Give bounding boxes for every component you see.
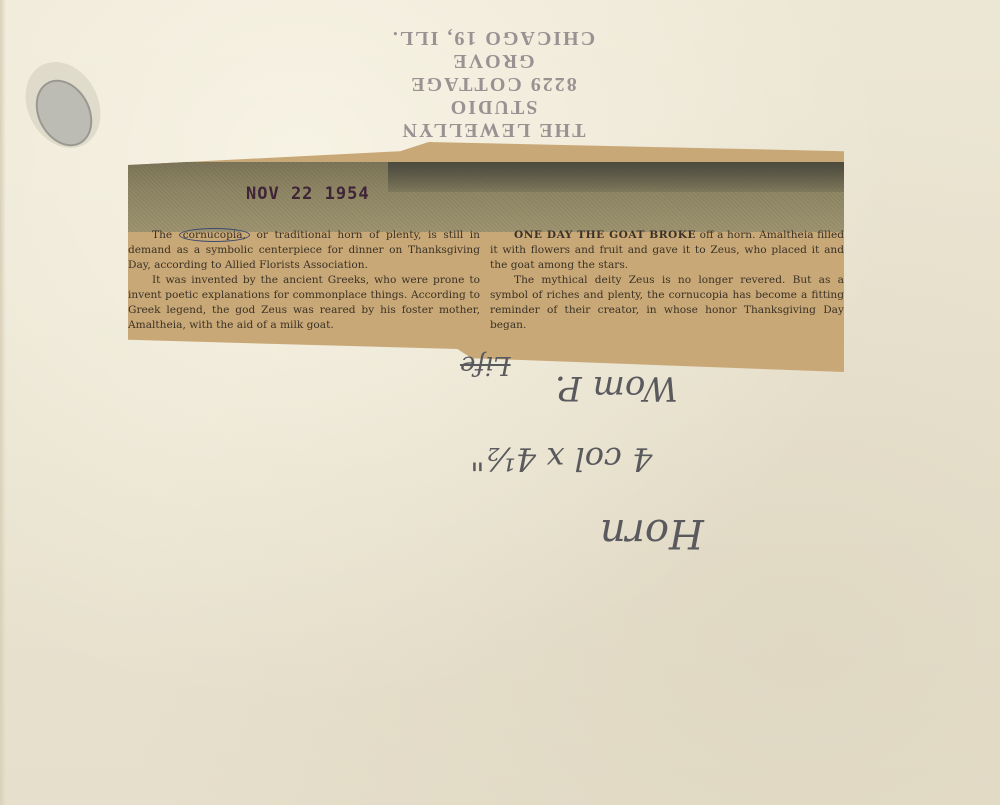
text-prefix: The	[152, 229, 179, 241]
photo-shadow	[388, 162, 848, 192]
handwritten-note: Wom P.	[555, 368, 678, 408]
clipping-photo-fragment: NOV 22 1954	[128, 162, 844, 232]
handwritten-note: 4 col x 4½"	[470, 440, 652, 478]
handwritten-note: Horn	[600, 510, 704, 556]
studio-stamp: THE LEWELLYN STUDIO 8229 COTTAGE GROVE C…	[368, 26, 618, 141]
article-paragraph: It was invented by the ancient Greeks, w…	[128, 273, 480, 333]
newspaper-clipping: NOV 22 1954 The cornucopia, or tradition…	[128, 142, 844, 372]
article-paragraph: The mythical deity Zeus is no longer rev…	[490, 273, 844, 333]
date-stamp: NOV 22 1954	[246, 184, 370, 204]
handwritten-note: Life	[460, 350, 511, 380]
studio-name: THE LEWELLYN STUDIO	[368, 95, 618, 141]
studio-address: 8229 COTTAGE GROVE	[368, 49, 618, 95]
studio-city: CHICAGO 19, ILL.	[368, 26, 618, 49]
article-column-right: ONE DAY THE GOAT BROKE off a horn. Amalt…	[490, 228, 844, 333]
paper-edge	[0, 0, 6, 805]
circled-word: cornucopia,	[179, 228, 250, 242]
article-paragraph: ONE DAY THE GOAT BROKE off a horn. Amalt…	[490, 228, 844, 273]
article-paragraph: The cornucopia, or traditional horn of p…	[128, 228, 480, 273]
article-column-left: The cornucopia, or traditional horn of p…	[128, 228, 480, 333]
paragraph-lead: ONE DAY THE GOAT BROKE	[514, 229, 696, 241]
